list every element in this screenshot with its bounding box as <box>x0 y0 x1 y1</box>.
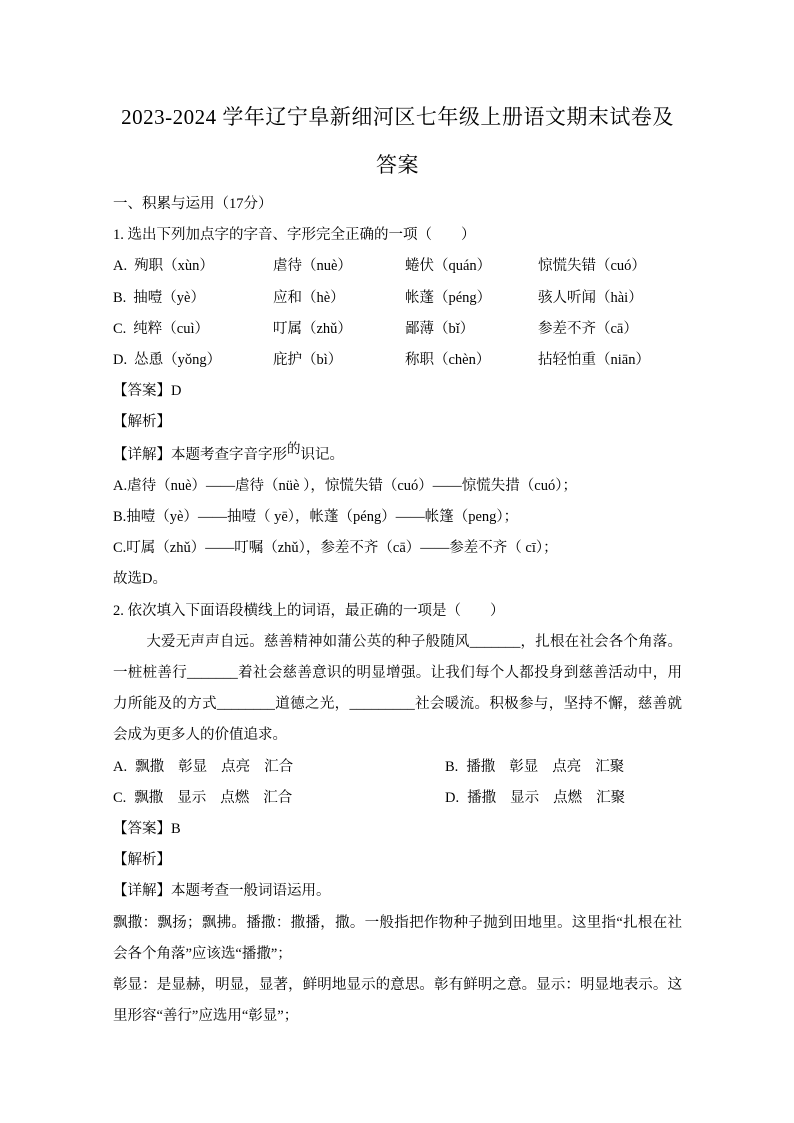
q1-option-a-cell3: 蜷伏（quán） <box>405 251 538 282</box>
title-line-1: 2023-2024 学年辽宁阜新细河区七年级上册语文期末试卷及 <box>113 93 682 141</box>
q1-option-d-cell1: D. 怂恿（yǒng） <box>113 345 273 376</box>
q1-option-b-cell1: B. 抽噎（yè） <box>113 283 273 314</box>
q2-passage: 大爱无声声自远。慈善精神如蒲公英的种子般随风_______，扎根在社会各个角落。… <box>113 627 682 752</box>
option-word: 抽噎（yè） <box>133 283 205 314</box>
option-word: 汇合 <box>263 783 292 814</box>
option-label: C. <box>113 783 126 814</box>
option-label: B. <box>445 752 458 783</box>
q1-answer: 【答案】D <box>113 376 682 407</box>
q2-option-b: B. 播撒 彰显 点亮 汇聚 <box>445 752 682 783</box>
q2-explanation-2: 彰显：是显赫，明显，显著，鲜明地显示的意思。彰有鲜明之意。显示：明显地表示。这里… <box>113 970 682 1032</box>
option-word: 飘撒 <box>135 752 164 783</box>
q2-explanation-1: 飘撒：飘扬；飘拂。播撒：撒播，撒。一般指把作物种子抛到田地里。这里指“扎根在社会… <box>113 908 682 970</box>
option-word: 播撒 <box>467 783 496 814</box>
option-label: D. <box>113 345 127 376</box>
option-word: 彰显 <box>178 752 207 783</box>
q2-option-c: C. 飘撒 显示 点燃 汇合 <box>113 783 445 814</box>
option-word: 显示 <box>510 783 539 814</box>
q1-option-b-cell3: 帐蓬（péng） <box>405 283 538 314</box>
q2-option-row-2: C. 飘撒 显示 点燃 汇合 D. 播撒 显示 点燃 汇聚 <box>113 783 682 814</box>
option-word: 汇聚 <box>595 752 624 783</box>
q1-stem: 1. 选出下列加点字的字音、字形完全正确的一项（ ） <box>113 220 682 251</box>
option-word: 殉职（xùn） <box>134 251 214 282</box>
option-word: 怂恿（yǒng） <box>134 345 221 376</box>
q2-stem: 2. 依次填入下面语段横线上的词语，最正确的一项是（ ） <box>113 596 682 627</box>
q1-option-b-cell4: 骇人听闻（hài） <box>538 283 682 314</box>
option-word: 播撒 <box>466 752 495 783</box>
option-label: C. <box>113 314 126 345</box>
option-word: 汇聚 <box>596 783 625 814</box>
q1-explanation-a: A.虐待（nuè）——虐待（nüè ），惊慌失错（cuó）——惊慌失措（cuó）… <box>113 471 682 502</box>
q1-option-c-cell1: C. 纯粹（cuì） <box>113 314 273 345</box>
q2-option-row-1: A. 飘撒 彰显 点亮 汇合 B. 播撒 彰显 点亮 汇聚 <box>113 752 682 783</box>
option-word: 显示 <box>177 783 206 814</box>
q1-option-c-cell2: 叮属（zhǔ） <box>273 314 405 345</box>
option-label: A. <box>113 251 127 282</box>
exam-document-page: 2023-2024 学年辽宁阜新细河区七年级上册语文期末试卷及 答案 一、积累与… <box>0 0 794 1123</box>
q1-option-c-cell3: 鄙薄（bǐ） <box>405 314 538 345</box>
q1-option-a-cell1: A. 殉职（xùn） <box>113 251 273 282</box>
option-word: 点亮 <box>552 752 581 783</box>
section-heading: 一、积累与运用（17分） <box>113 189 682 220</box>
option-word: 纯粹（cuì） <box>133 314 209 345</box>
q2-option-a: A. 飘撒 彰显 点亮 汇合 <box>113 752 445 783</box>
q2-answer: 【答案】B <box>113 814 682 845</box>
option-word: 点燃 <box>553 783 582 814</box>
option-word: 点燃 <box>220 783 249 814</box>
option-word: 点亮 <box>221 752 250 783</box>
q1-detail-line: 【详解】本题考查字音字形的识记。 <box>113 439 682 471</box>
option-word: 飘撒 <box>134 783 163 814</box>
q1-detail-superscript: 的 <box>287 441 301 456</box>
q1-option-d-cell3: 称职（chèn） <box>405 345 538 376</box>
title-line-2: 答案 <box>113 141 682 189</box>
q1-analysis-label: 【解析】 <box>113 407 682 438</box>
q1-explanation-b: B.抽噎（yè）——抽噎（ yē），帐蓬（péng）——帐篷（peng）； <box>113 502 682 533</box>
q1-option-a-cell4: 惊慌失错（cuó） <box>538 251 682 282</box>
q1-option-d-cell4: 拈轻怕重（niān） <box>538 345 682 376</box>
q1-option-d-cell2: 庇护（bì） <box>273 345 405 376</box>
q2-detail-line: 【详解】本题考查一般词语运用。 <box>113 876 682 907</box>
page-title: 2023-2024 学年辽宁阜新细河区七年级上册语文期末试卷及 答案 <box>113 93 682 189</box>
option-label: D. <box>445 783 459 814</box>
q1-option-row-a: A. 殉职（xùn） 虐待（nuè） 蜷伏（quán） 惊慌失错（cuó） <box>113 251 682 282</box>
q1-option-c-cell4: 参差不齐（cā） <box>538 314 682 345</box>
q1-conclusion: 故选D。 <box>113 564 682 595</box>
option-label: B. <box>113 283 126 314</box>
q1-detail-suffix: 识记。 <box>301 447 345 463</box>
q1-explanation-c: C.叮属（zhǔ）——叮嘱（zhǔ），参差不齐（cā）——参差不齐（ cī）； <box>113 533 682 564</box>
q1-option-row-d: D. 怂恿（yǒng） 庇护（bì） 称职（chèn） 拈轻怕重（niān） <box>113 345 682 376</box>
option-word: 彰显 <box>509 752 538 783</box>
q1-option-a-cell2: 虐待（nuè） <box>273 251 405 282</box>
option-label: A. <box>113 752 127 783</box>
q1-option-row-c: C. 纯粹（cuì） 叮属（zhǔ） 鄙薄（bǐ） 参差不齐（cā） <box>113 314 682 345</box>
q1-detail-prefix: 【详解】本题考查字音字形 <box>113 447 287 463</box>
option-word: 汇合 <box>264 752 293 783</box>
q2-option-d: D. 播撒 显示 点燃 汇聚 <box>445 783 682 814</box>
q1-option-b-cell2: 应和（hè） <box>273 283 405 314</box>
q1-option-row-b: B. 抽噎（yè） 应和（hè） 帐蓬（péng） 骇人听闻（hài） <box>113 283 682 314</box>
q2-analysis-label: 【解析】 <box>113 845 682 876</box>
